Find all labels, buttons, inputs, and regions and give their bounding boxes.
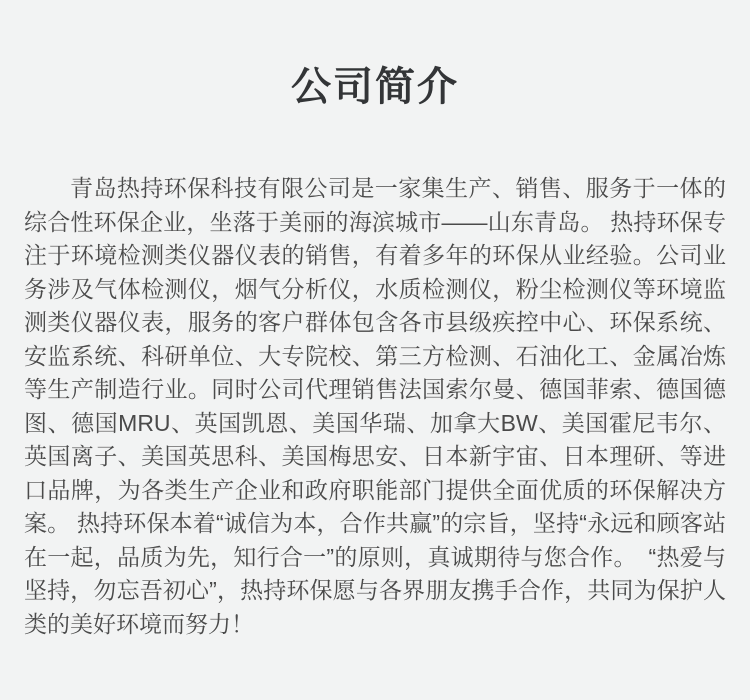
- company-intro-paragraph: 青岛热持环保科技有限公司是一家集生产、销售、服务于一体的综合性环保企业，坐落于美…: [24, 172, 726, 641]
- page-title: 公司简介: [0, 64, 750, 110]
- company-intro-section: 公司简介 青岛热持环保科技有限公司是一家集生产、销售、服务于一体的综合性环保企业…: [0, 0, 750, 700]
